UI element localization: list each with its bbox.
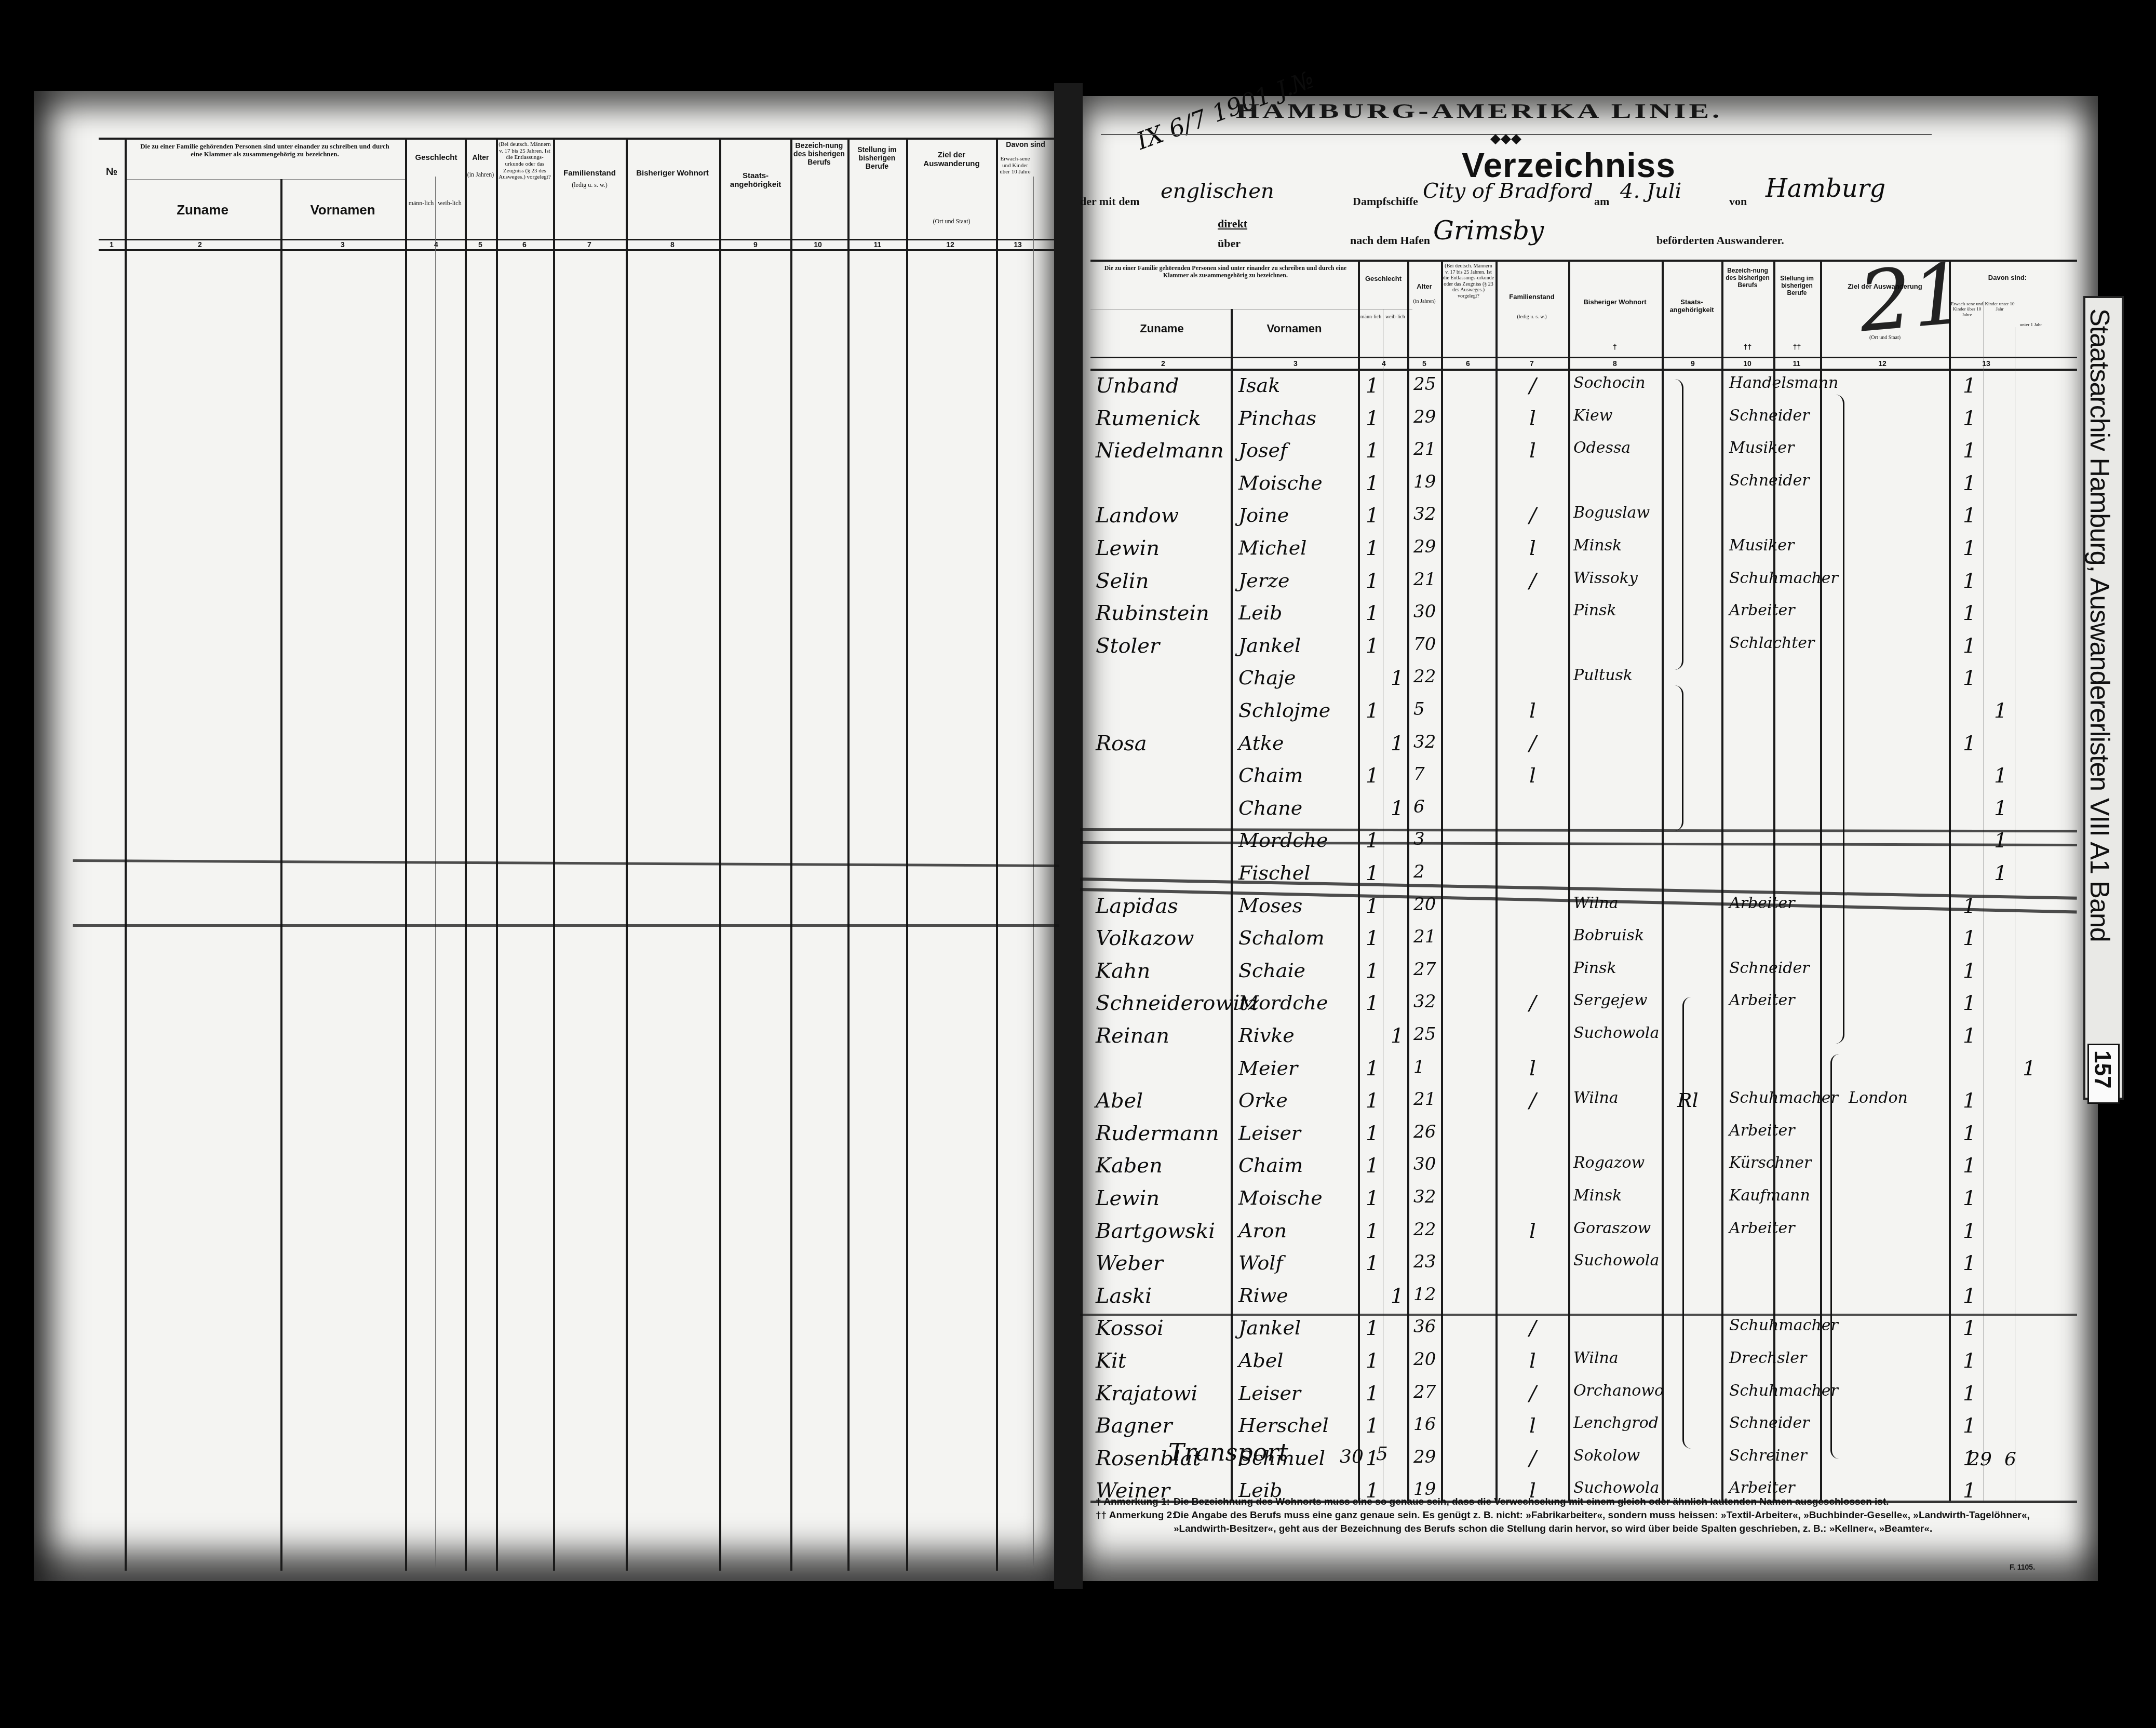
- cell-given: Schlojme: [1238, 699, 1330, 722]
- cell-adult: 1: [1963, 471, 1976, 495]
- cell-beruf: Drechsler: [1729, 1349, 1807, 1367]
- cell-adult: 1: [1963, 666, 1976, 690]
- colnum-11: 11: [1789, 359, 1804, 368]
- cell-m: 1: [1366, 569, 1379, 593]
- col-7-header: Familienstand: [1497, 293, 1567, 301]
- table-row: VolkazowSchalom121Bobruisk1: [0, 926, 2156, 952]
- cell-given: Moses: [1238, 894, 1302, 917]
- cell-adult: 1: [1963, 1414, 1976, 1438]
- cell-wohnort: Sochocin: [1573, 374, 1646, 392]
- colnum-4: 4: [1376, 359, 1392, 368]
- left-colnum-7: 7: [582, 240, 597, 249]
- cell-surname: Weber: [1096, 1251, 1163, 1275]
- colnum-2: 2: [1155, 359, 1171, 368]
- left-colnum-6: 6: [517, 240, 532, 249]
- form-label-am: am: [1594, 195, 1609, 208]
- cell-m: 1: [1366, 374, 1379, 398]
- cell-adult: 1: [1963, 1251, 1976, 1275]
- footnote-1-text: Die Bezeichnung des Wohnorts muss eine s…: [1174, 1496, 1889, 1507]
- table-row: Chane161: [0, 797, 2156, 822]
- port-of-origin: Hamburg: [1766, 174, 1885, 203]
- cell-beruf: Arbeiter: [1729, 601, 1795, 619]
- cell-given: Orke: [1238, 1089, 1288, 1112]
- cell-beruf: Schuhmacher: [1729, 1089, 1838, 1107]
- col-13-header: Davon sind:: [1950, 274, 2065, 282]
- cell-age: 20: [1413, 894, 1436, 915]
- cell-wohnort: Suchowola: [1573, 1024, 1659, 1042]
- cell-wohnort: Suchowola: [1573, 1479, 1659, 1497]
- left-colnum-4: 4: [428, 240, 444, 249]
- cell-m: 1: [1366, 991, 1379, 1015]
- cell-fam: l: [1529, 439, 1536, 463]
- cell-infant: 1: [2023, 1057, 2036, 1081]
- cell-given: Moische: [1238, 471, 1323, 494]
- cell-wohnort: Pinsk: [1573, 601, 1616, 619]
- cell-fam: l: [1529, 1414, 1536, 1438]
- col-11-header: Stellung im bisherigen Berufe: [1775, 275, 1819, 296]
- cell-beruf: Schneider: [1729, 959, 1810, 977]
- family-bracket: [1830, 1054, 1839, 1459]
- form-label-nach-dem-hafen: nach dem Hafen: [1350, 234, 1430, 247]
- left-col-9-header: Staats-angehörigkeit: [722, 171, 789, 190]
- cell-given: Chaje: [1238, 666, 1296, 689]
- cell-adult: 1: [1963, 1316, 1976, 1340]
- left-colnum-2: 2: [192, 240, 208, 249]
- cell-beruf: Schreiner: [1729, 1447, 1807, 1465]
- form-label-dampfschiffe: Dampfschiffe: [1353, 195, 1418, 208]
- cell-fam: /: [1529, 374, 1536, 398]
- left-col-6-header: (Bei deutsch. Männern v. 17 bis 25 Jahre…: [497, 141, 552, 181]
- cell-age: 70: [1413, 634, 1436, 655]
- cell-surname: Rumenick: [1096, 407, 1201, 430]
- cell-m: 1: [1366, 1057, 1379, 1081]
- cell-age: 25: [1413, 374, 1436, 395]
- archive-label-text: Staatsarchiv Hamburg, Auswandererlisten …: [2084, 308, 2115, 942]
- cell-surname: Landow: [1096, 504, 1179, 528]
- col-4-sub-f: weib-lich: [1384, 314, 1407, 320]
- cell-ziel: London: [1849, 1089, 1908, 1107]
- cell-m: 1: [1366, 829, 1379, 853]
- cell-age: 7: [1413, 764, 1425, 785]
- cell-adult: 1: [1963, 374, 1976, 398]
- cell-given: Fischel: [1238, 861, 1310, 884]
- cell-given: Riwe: [1238, 1284, 1288, 1307]
- cell-age: 3: [1413, 829, 1425, 849]
- cell-f: 1: [1391, 732, 1404, 755]
- table-row: Schlojme15l1: [0, 699, 2156, 725]
- col-11-sub: ††: [1775, 343, 1819, 351]
- cell-wohnort: Sergejew: [1573, 991, 1647, 1009]
- cell-given: Jerze: [1238, 569, 1289, 592]
- cell-adult: 1: [1963, 1122, 1976, 1145]
- cell-fam: l: [1529, 1349, 1536, 1373]
- form-code: F. 1105.: [2010, 1563, 2035, 1571]
- col-3-header: Vornamen: [1233, 322, 1355, 335]
- cell-m: 1: [1366, 1219, 1379, 1243]
- cell-age: 30: [1413, 1154, 1436, 1174]
- cell-wohnort: Odessa: [1573, 439, 1631, 457]
- cell-surname: Selin: [1096, 569, 1149, 593]
- cell-adult: 1: [1963, 634, 1976, 658]
- cell-given: Isak: [1238, 374, 1280, 397]
- cell-child: 1: [1994, 829, 2007, 853]
- cell-surname: Schneiderowitz: [1096, 991, 1259, 1015]
- handwritten-page-number: 21: [1855, 245, 1969, 350]
- table-row: LapidasMoses120WilnaArbeiter1: [0, 894, 2156, 920]
- table-row: SelinJerze121/WissokySchuhmacher1: [0, 569, 2156, 595]
- cell-fam: /: [1529, 1316, 1536, 1340]
- cell-age: 16: [1413, 1414, 1436, 1435]
- cell-beruf: Arbeiter: [1729, 1219, 1795, 1237]
- cell-age: 32: [1413, 1186, 1436, 1207]
- left-colnum-12: 12: [942, 240, 958, 249]
- cell-m: 1: [1366, 959, 1379, 983]
- form-label-ueber: über: [1218, 237, 1241, 250]
- cell-fam: /: [1529, 1089, 1536, 1113]
- cell-fam: /: [1529, 1447, 1536, 1470]
- cell-surname: Laski: [1096, 1284, 1152, 1308]
- cell-age: 29: [1413, 536, 1436, 557]
- colnum-5: 5: [1417, 359, 1432, 368]
- col-4-sub-m: männ-lich: [1359, 314, 1382, 320]
- cell-m: 1: [1366, 536, 1379, 560]
- cell-age: 26: [1413, 1122, 1436, 1142]
- left-colnum-11: 11: [870, 240, 885, 249]
- cell-m: 1: [1366, 439, 1379, 463]
- col-13-sub-infants: unter 1 Jahr: [2016, 322, 2046, 327]
- cell-child: 1: [1994, 861, 2007, 885]
- cell-surname: Kossoi: [1096, 1316, 1164, 1340]
- company-title: HAMBURG-AMERIKA LINIE.: [1236, 99, 1723, 123]
- cell-age: 6: [1413, 797, 1425, 817]
- cell-age: 36: [1413, 1316, 1436, 1337]
- left-col-5-sub: (in Jahren): [466, 171, 495, 179]
- table-row: LandowJoine132/Boguslaw1: [0, 504, 2156, 530]
- archive-volume-number: 157: [2087, 1044, 2120, 1104]
- cell-wohnort: Boguslaw: [1573, 504, 1650, 522]
- table-row: LewinMichel129lMinskMusiker1: [0, 536, 2156, 562]
- cell-child: 1: [1994, 797, 2007, 820]
- total-male: 30: [1340, 1446, 1364, 1467]
- cell-surname: Unband: [1096, 374, 1179, 398]
- cell-surname: Rubinstein: [1096, 601, 1209, 625]
- cell-adult: 1: [1963, 959, 1976, 983]
- cell-given: Jankel: [1238, 1316, 1301, 1339]
- col-10-header: Bezeich-nung des bisherigen Berufs: [1723, 267, 1772, 289]
- left-colnum-9: 9: [748, 240, 763, 249]
- left-col-7-header: Familienstand: [555, 169, 625, 178]
- cell-wohnort: Orchanowo: [1573, 1382, 1664, 1400]
- destination-port: Grimsby: [1433, 215, 1544, 246]
- cell-age: 23: [1413, 1251, 1436, 1272]
- cell-child: 1: [1994, 764, 2007, 788]
- footnote-1-marker: † Anmerkung 1:: [1096, 1495, 1170, 1509]
- cell-adult: 1: [1963, 1382, 1976, 1406]
- cell-wohnort: Wilna: [1573, 1349, 1619, 1367]
- left-col-7-sub: (ledig u. s. w.): [555, 182, 625, 189]
- cell-age: 25: [1413, 1024, 1436, 1045]
- cell-adult: 1: [1963, 1284, 1976, 1308]
- cell-age: 32: [1413, 991, 1436, 1012]
- family-bracket: [1675, 685, 1683, 831]
- table-row: Chaim17l1: [0, 764, 2156, 790]
- cell-beruf: Schlachter: [1729, 634, 1814, 652]
- cell-fam: /: [1529, 504, 1536, 528]
- cell-m: 1: [1366, 504, 1379, 528]
- cell-given: Michel: [1238, 536, 1306, 559]
- transport-label: Transport: [1168, 1438, 1288, 1466]
- cell-surname: Lapidas: [1096, 894, 1178, 918]
- cell-given: Schaie: [1238, 959, 1305, 982]
- cell-m: 1: [1366, 634, 1379, 658]
- cell-age: 21: [1413, 926, 1436, 947]
- cell-wohnort: Suchowola: [1573, 1251, 1659, 1270]
- col-4-header: Geschlecht: [1359, 275, 1407, 283]
- cell-m: 1: [1366, 894, 1379, 918]
- cell-adult: 1: [1963, 1349, 1976, 1373]
- col-10-sub: ††: [1723, 343, 1772, 351]
- cell-given: Wolf: [1238, 1251, 1283, 1274]
- family-bracket: [1836, 395, 1844, 1044]
- left-family-note: Die zu einer Familie gehörenden Personen…: [140, 143, 389, 158]
- form-label-direkt: direkt: [1218, 217, 1247, 231]
- cell-surname: Lewin: [1096, 536, 1160, 560]
- cell-age: 5: [1413, 699, 1425, 720]
- left-col-4-sub-m: männ-lich: [408, 200, 435, 207]
- cell-beruf: Schuhmacher: [1729, 1382, 1838, 1400]
- table-row: StolerJankel170Schlachter1: [0, 634, 2156, 660]
- cell-fam: l: [1529, 1219, 1536, 1243]
- cell-m: 1: [1366, 1316, 1379, 1340]
- cell-adult: 1: [1963, 439, 1976, 463]
- left-col-10-header: Bezeich-nung des bisherigen Berufs: [792, 141, 846, 166]
- cell-given: Mordche: [1238, 829, 1328, 852]
- cell-wohnort: Pinsk: [1573, 959, 1616, 977]
- cell-fam: /: [1529, 1382, 1536, 1406]
- table-row: NiedelmannJosef121lOdessaMusiker1: [0, 439, 2156, 465]
- cell-wohnort: Bobruisk: [1573, 926, 1644, 944]
- footnotes: † Anmerkung 1: Die Bezeichnung des Wohno…: [1096, 1495, 2072, 1536]
- cell-given: Aron: [1238, 1219, 1287, 1242]
- cell-surname: Lewin: [1096, 1186, 1160, 1210]
- table-row: SchneiderowitzMordche132/SergejewArbeite…: [0, 991, 2156, 1017]
- cell-m: 1: [1366, 861, 1379, 885]
- total-children: 6: [2004, 1449, 2016, 1470]
- cell-wohnort: Wilna: [1573, 894, 1619, 912]
- cell-adult: 1: [1963, 504, 1976, 528]
- left-col-1-header: №: [101, 166, 122, 178]
- ornament-icon: ◆◆◆: [1490, 131, 1521, 146]
- cell-m: 1: [1366, 1122, 1379, 1145]
- table-row: Moische119Schneider1: [0, 471, 2156, 497]
- cell-beruf: Arbeiter: [1729, 1122, 1795, 1140]
- left-col-12-sub: (Ort und Staat): [909, 218, 994, 225]
- left-col-4-header: Geschlecht: [408, 153, 465, 162]
- cell-age: 27: [1413, 959, 1436, 980]
- col-2-header: Zuname: [1096, 322, 1228, 335]
- col-9-header: Staats-angehörigkeit: [1663, 299, 1720, 314]
- cell-given: Jankel: [1238, 634, 1301, 657]
- cell-fam: l: [1529, 764, 1536, 788]
- cell-wohnort: Lenchgrod: [1573, 1414, 1659, 1432]
- cell-given: Chane: [1238, 797, 1302, 819]
- table-row: ReinanRivke125Suchowola1: [0, 1024, 2156, 1050]
- colnum-8: 8: [1607, 359, 1623, 368]
- cell-beruf: Arbeiter: [1729, 991, 1795, 1009]
- col-8-header: Bisheriger Wohnort: [1579, 299, 1651, 306]
- cell-f: 1: [1391, 1284, 1404, 1308]
- cell-surname: Volkazow: [1096, 926, 1194, 950]
- left-col-11-header: Stellung im bisherigen Berufe: [849, 145, 905, 170]
- cell-surname: Kaben: [1096, 1154, 1163, 1178]
- left-col-2-header: Zuname: [127, 203, 278, 218]
- form-label-der-mit-dem: der mit dem: [1080, 195, 1139, 208]
- cell-surname: Bartgowski: [1096, 1219, 1215, 1243]
- cell-given: Abel: [1238, 1349, 1283, 1372]
- cell-beruf: Schneider: [1729, 407, 1810, 425]
- table-row: Mordche131: [0, 829, 2156, 855]
- cell-given: Leiser: [1238, 1382, 1301, 1405]
- cell-beruf: Handelsmann: [1729, 374, 1838, 392]
- cell-adult: 1: [1963, 991, 1976, 1015]
- cell-given: Schalom: [1238, 926, 1325, 949]
- family-note: Die zu einer Familie gehörenden Personen…: [1096, 265, 1355, 279]
- cell-adult: 1: [1963, 1186, 1976, 1210]
- departure-date: 4. Juli: [1620, 179, 1681, 203]
- cell-wohnort: Minsk: [1573, 536, 1622, 555]
- total-female: 5: [1376, 1443, 1388, 1465]
- cell-adult: 1: [1963, 407, 1976, 430]
- cell-given: Chaim: [1238, 764, 1303, 787]
- cell-m: 1: [1366, 1382, 1379, 1406]
- table-row: UnbandIsak125/SochocinHandelsmann1: [0, 374, 2156, 400]
- footnote-2-marker: †† Anmerkung 2:: [1096, 1509, 1175, 1522]
- cell-beruf: Schneider: [1729, 1414, 1810, 1432]
- cell-m: 1: [1366, 1414, 1379, 1438]
- cell-age: 20: [1413, 1349, 1436, 1370]
- cell-m: 1: [1366, 1349, 1379, 1373]
- cell-beruf: Schuhmacher: [1729, 1316, 1838, 1334]
- colnum-3: 3: [1288, 359, 1303, 368]
- left-col-5-header: Alter: [466, 153, 495, 161]
- left-colnum-13: 13: [1010, 240, 1026, 249]
- col-8-sub: †: [1579, 343, 1651, 351]
- colnum-7: 7: [1524, 359, 1540, 368]
- table-row: RosaAtke132/1: [0, 732, 2156, 758]
- cell-given: Josef: [1238, 439, 1287, 462]
- ship-name: City of Bradford: [1423, 179, 1593, 203]
- form-label-von: von: [1729, 195, 1747, 208]
- cell-adult: 1: [1963, 732, 1976, 755]
- ship-nationality: englischen: [1161, 179, 1274, 203]
- cell-wohnort: Rogazow: [1573, 1154, 1645, 1172]
- archive-label: Staatsarchiv Hamburg, Auswandererlisten …: [2083, 296, 2124, 1100]
- cell-surname: Niedelmann: [1096, 439, 1224, 463]
- cell-surname: Reinan: [1096, 1024, 1169, 1048]
- table-row: Fischel121: [0, 861, 2156, 887]
- cell-f: 1: [1391, 1024, 1404, 1048]
- cell-m: 1: [1366, 1089, 1379, 1113]
- cell-given: Moische: [1238, 1186, 1323, 1209]
- cell-wohnort: Pultusk: [1573, 666, 1633, 684]
- cell-given: Herschel: [1238, 1414, 1329, 1437]
- cell-fam: l: [1529, 407, 1536, 430]
- cell-adult: 1: [1963, 569, 1976, 593]
- left-col-12-header: Ziel der Auswanderung: [909, 151, 994, 169]
- cell-m: 1: [1366, 764, 1379, 788]
- cell-m: 1: [1366, 471, 1379, 495]
- left-colnum-5: 5: [473, 240, 488, 249]
- cell-wohnort: Goraszow: [1573, 1219, 1651, 1237]
- cell-m: 1: [1366, 926, 1379, 950]
- cell-m: 1: [1366, 1251, 1379, 1275]
- cell-beruf: Musiker: [1729, 439, 1794, 457]
- colnum-9: 9: [1685, 359, 1701, 368]
- col-7-sub: (ledig u. s. w.): [1497, 314, 1567, 320]
- cell-age: 29: [1413, 1447, 1436, 1467]
- colnum-10: 10: [1740, 359, 1755, 368]
- col-6-header: (Bei deutsch. Männern v. 17 bis 25 Jahre…: [1443, 263, 1494, 299]
- cell-m: 1: [1366, 1154, 1379, 1178]
- cell-age: 21: [1413, 569, 1436, 590]
- cell-age: 32: [1413, 732, 1436, 752]
- cell-surname: Rosa: [1096, 732, 1147, 755]
- cell-fam: /: [1529, 991, 1536, 1015]
- footnote-2-text: Die Angabe des Berufs muss eine ganz gen…: [1174, 1510, 2030, 1534]
- cell-given: Mordche: [1238, 991, 1328, 1014]
- cell-given: Pinchas: [1238, 407, 1316, 429]
- cell-age: 21: [1413, 1089, 1436, 1110]
- left-colnum-8: 8: [665, 240, 680, 249]
- cell-age: 1: [1413, 1057, 1425, 1077]
- family-bracket: [1682, 997, 1691, 1449]
- cell-beruf: Kaufmann: [1729, 1186, 1810, 1205]
- cell-age: 27: [1413, 1382, 1436, 1402]
- cell-age: 22: [1413, 1219, 1436, 1240]
- table-row: Chaje122Pultusk1: [0, 666, 2156, 692]
- cell-beruf: Musiker: [1729, 536, 1794, 555]
- cell-beruf: Schuhmacher: [1729, 569, 1838, 587]
- cell-m: 1: [1366, 601, 1379, 625]
- cell-surname: Abel: [1096, 1089, 1143, 1113]
- cell-fam: /: [1529, 569, 1536, 593]
- cell-fam: /: [1529, 732, 1536, 755]
- cell-given: Leiser: [1238, 1122, 1301, 1144]
- cell-given: Atke: [1238, 732, 1284, 754]
- cell-given: Meier: [1238, 1057, 1298, 1079]
- cell-beruf: Arbeiter: [1729, 1479, 1795, 1497]
- left-colnum-10: 10: [810, 240, 826, 249]
- cell-m: 1: [1366, 407, 1379, 430]
- form-label-befoerderten: beförderten Auswanderer.: [1656, 234, 1784, 247]
- cell-adult: 1: [1963, 1089, 1976, 1113]
- cell-fam: l: [1529, 536, 1536, 560]
- cell-surname: Stoler: [1096, 634, 1160, 658]
- cell-given: Rivke: [1238, 1024, 1295, 1047]
- table-row: RubinsteinLeib130PinskArbeiter1: [0, 601, 2156, 627]
- cell-wohnort: Sokolow: [1573, 1447, 1640, 1465]
- cell-m: 1: [1366, 699, 1379, 723]
- cell-age: 22: [1413, 666, 1436, 687]
- cell-age: 19: [1413, 471, 1436, 492]
- cell-age: 30: [1413, 601, 1436, 622]
- cell-adult: 1: [1963, 894, 1976, 918]
- cell-adult: 1: [1963, 1154, 1976, 1178]
- colnum-6: 6: [1460, 359, 1476, 368]
- cell-beruf: Arbeiter: [1729, 894, 1795, 912]
- cell-m: 1: [1366, 1186, 1379, 1210]
- cell-age: 32: [1413, 504, 1436, 524]
